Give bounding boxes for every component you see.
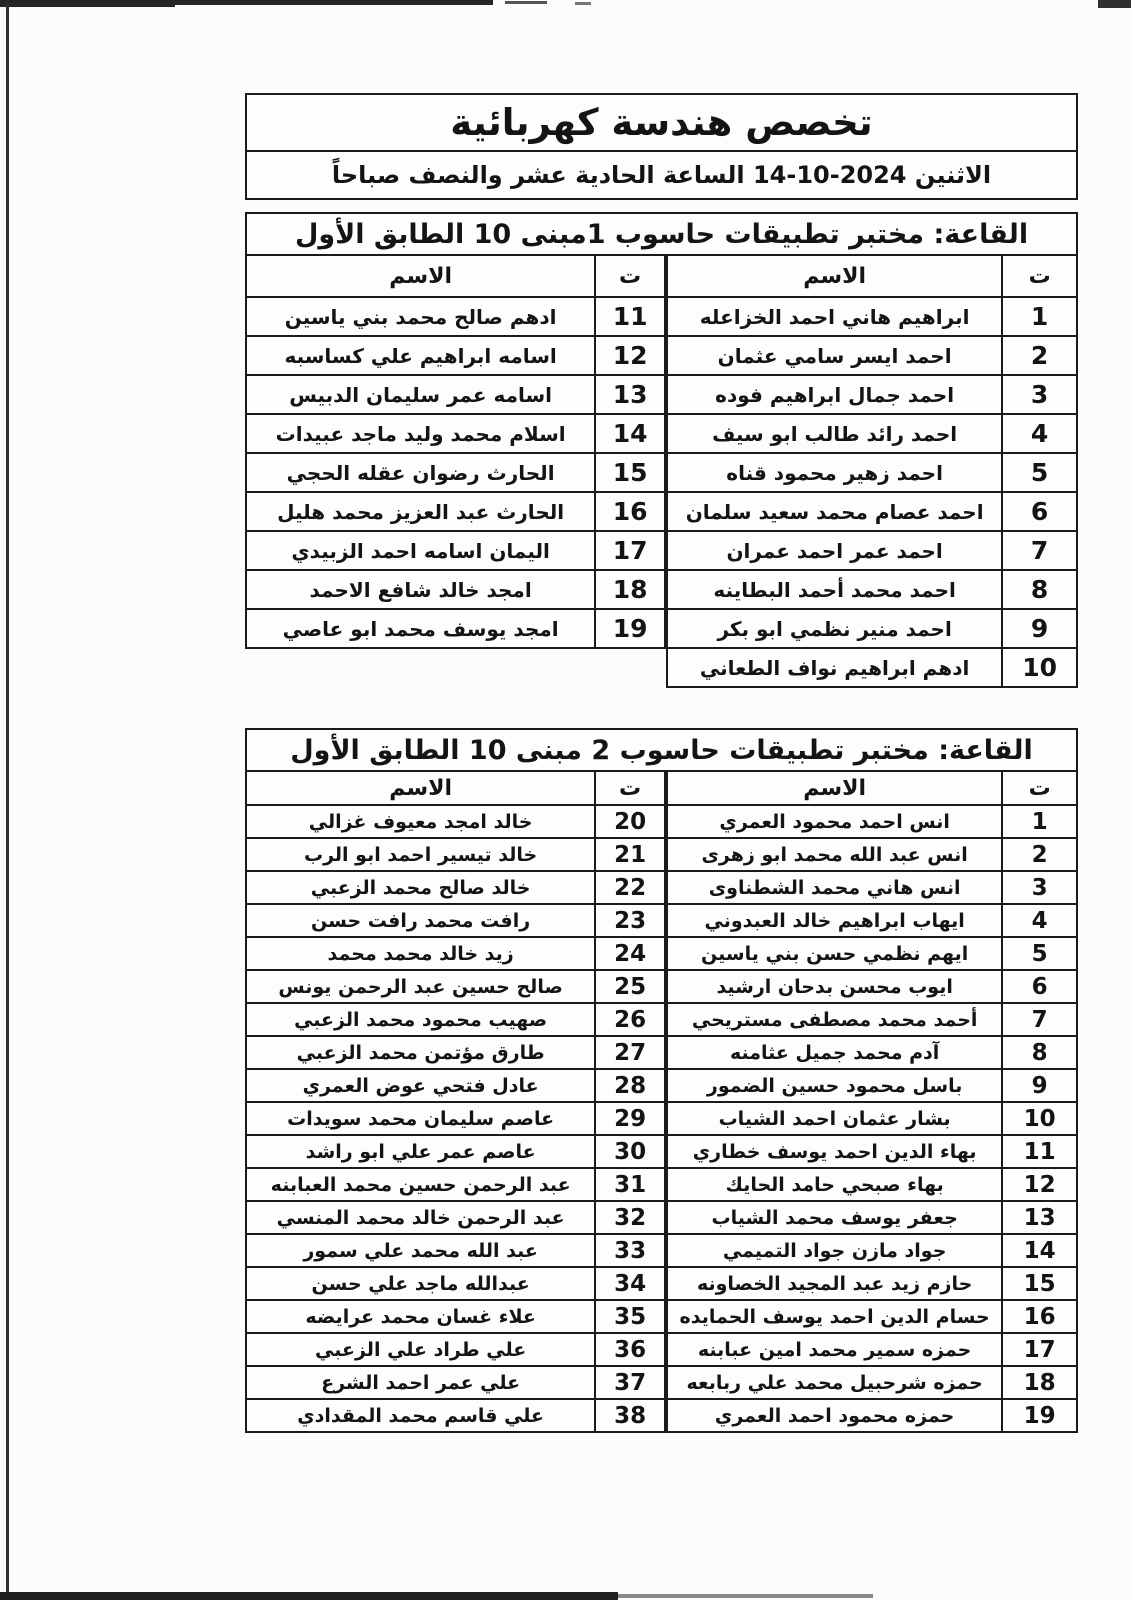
student-number-cell: 31	[595, 1168, 665, 1201]
student-number-cell: 24	[595, 937, 665, 970]
student-name-cell: أحمد محمد مصطفى مستريحي	[667, 1003, 1002, 1036]
student-name-cell: رافت محمد رافت حسن	[246, 904, 595, 937]
student-row: 13 جعفر يوسف محمد الشياب	[667, 1201, 1077, 1234]
header-row: ت الاسم	[667, 255, 1077, 297]
student-number-cell: 17	[595, 531, 665, 570]
column-header-name: الاسم	[246, 771, 595, 805]
student-name-cell: حمزه محمود احمد العمري	[667, 1399, 1002, 1432]
student-name-cell: خالد تيسير احمد ابو الرب	[246, 838, 595, 871]
student-row: 23 رافت محمد رافت حسن	[246, 904, 665, 937]
student-name-cell: بشار عثمان احمد الشياب	[667, 1102, 1002, 1135]
room-section-2: القاعة: مختبر تطبيقات حاسوب 2 مبنى 10 ال…	[245, 728, 1078, 1433]
student-name-cell: اسامه ابراهيم علي كساسبه	[246, 336, 595, 375]
student-name-cell: صهيب محمود محمد الزعبي	[246, 1003, 595, 1036]
scan-edge-bottom	[0, 1592, 618, 1600]
student-number-cell: 23	[595, 904, 665, 937]
student-row: 34 عبدالله ماجد علي حسن	[246, 1267, 665, 1300]
student-row: 17 حمزه سمير محمد امين عبابنه	[667, 1333, 1077, 1366]
student-number-cell: 28	[595, 1069, 665, 1102]
student-number-cell: 4	[1002, 904, 1077, 937]
student-name-cell: علي قاسم محمد المقدادي	[246, 1399, 595, 1432]
student-number-cell: 7	[1002, 1003, 1077, 1036]
student-number-cell: 14	[1002, 1234, 1077, 1267]
student-number-cell: 6	[1002, 970, 1077, 1003]
student-number-cell: 13	[1002, 1201, 1077, 1234]
student-row: 25 صالح حسين عبد الرحمن يونس	[246, 970, 665, 1003]
student-name-cell: احمد جمال ابراهيم فوده	[667, 375, 1002, 414]
student-row: 8 احمد محمد أحمد البطاينه	[667, 570, 1077, 609]
student-row: 8 آدم محمد جميل عثامنه	[667, 1036, 1077, 1069]
student-name-cell: باسل محمود حسين الضمور	[667, 1069, 1002, 1102]
student-name-cell: صالح حسين عبد الرحمن يونس	[246, 970, 595, 1003]
student-name-cell: جواد مازن جواد التميمي	[667, 1234, 1002, 1267]
header-row: ت الاسم	[667, 771, 1077, 805]
student-name-cell: اسلام محمد وليد ماجد عبيدات	[246, 414, 595, 453]
student-number-cell: 16	[595, 492, 665, 531]
student-row: 35 علاء غسان محمد عرايضه	[246, 1300, 665, 1333]
student-row: 11 بهاء الدين احمد يوسف خطاري	[667, 1135, 1077, 1168]
student-number-cell: 1	[1002, 805, 1077, 838]
student-row: 37 علي عمر احمد الشرع	[246, 1366, 665, 1399]
student-name-cell: احمد منير نظمي ابو بكر	[667, 609, 1002, 648]
student-number-cell: 9	[1002, 1069, 1077, 1102]
student-row: 29 عاصم سليمان محمد سويدات	[246, 1102, 665, 1135]
student-name-cell: حمزه شرحبيل محمد علي ربابعه	[667, 1366, 1002, 1399]
student-number-cell: 27	[595, 1036, 665, 1069]
student-number-cell: 37	[595, 1366, 665, 1399]
student-name-cell: ايهاب ابراهيم خالد العبدوني	[667, 904, 1002, 937]
student-name-cell: احمد عمر احمد عمران	[667, 531, 1002, 570]
student-row: 12 بهاء صبحي حامد الحايك	[667, 1168, 1077, 1201]
student-number-cell: 25	[595, 970, 665, 1003]
scan-edge-top	[0, 0, 175, 7]
exam-datetime: الاثنين 2024-10-14 الساعة الحادية عشر وا…	[247, 152, 1076, 198]
column-header-number: ت	[1002, 771, 1077, 805]
student-number-cell: 14	[595, 414, 665, 453]
scan-edge-top-right	[1098, 0, 1131, 8]
exam-header-card: تخصص هندسة كهربائية الاثنين 2024-10-14 ا…	[245, 93, 1078, 200]
room-title: القاعة: مختبر تطبيقات حاسوب 2 مبنى 10 ال…	[245, 728, 1078, 772]
student-row: 31 عبد الرحمن حسين محمد العبابنه	[246, 1168, 665, 1201]
student-name-cell: امجد خالد شافع الاحمد	[246, 570, 595, 609]
roster-tables: ت الاسم 1 انس احمد محمود العمري 2 انس عب…	[245, 772, 1078, 1433]
student-name-cell: جعفر يوسف محمد الشياب	[667, 1201, 1002, 1234]
student-number-cell: 3	[1002, 375, 1077, 414]
student-name-cell: خالد صالح محمد الزعبي	[246, 871, 595, 904]
student-row: 9 باسل محمود حسين الضمور	[667, 1069, 1077, 1102]
student-number-cell: 18	[1002, 1366, 1077, 1399]
column-header-number: ت	[1002, 255, 1077, 297]
student-row: 6 احمد عصام محمد سعيد سلمان	[667, 492, 1077, 531]
room-section-1: القاعة: مختبر تطبيقات حاسوب 1مبنى 10 الط…	[245, 212, 1078, 688]
student-row: 19 امجد يوسف محمد ابو عاصي	[246, 609, 665, 648]
student-name-cell: احمد عصام محمد سعيد سلمان	[667, 492, 1002, 531]
student-name-cell: احمد ايسر سامي عثمان	[667, 336, 1002, 375]
student-number-cell: 33	[595, 1234, 665, 1267]
student-number-cell: 10	[1002, 648, 1077, 687]
student-number-cell: 5	[1002, 453, 1077, 492]
student-name-cell: احمد رائد طالب ابو سيف	[667, 414, 1002, 453]
student-row: 21 خالد تيسير احمد ابو الرب	[246, 838, 665, 871]
student-row: 15 حازم زيد عبد المجيد الخصاونه	[667, 1267, 1077, 1300]
student-number-cell: 6	[1002, 492, 1077, 531]
student-row: 20 خالد امجد معيوف غزالي	[246, 805, 665, 838]
student-number-cell: 9	[1002, 609, 1077, 648]
student-number-cell: 18	[595, 570, 665, 609]
student-number-cell: 22	[595, 871, 665, 904]
student-number-cell: 11	[1002, 1135, 1077, 1168]
student-row: 1 ابراهيم هاني احمد الخزاعله	[667, 297, 1077, 336]
student-name-cell: ادهم صالح محمد بني ياسين	[246, 297, 595, 336]
student-number-cell: 13	[595, 375, 665, 414]
specialization-title: تخصص هندسة كهربائية	[247, 95, 1076, 152]
student-number-cell: 32	[595, 1201, 665, 1234]
student-name-cell: آدم محمد جميل عثامنه	[667, 1036, 1002, 1069]
student-name-cell: ابراهيم هاني احمد الخزاعله	[667, 297, 1002, 336]
column-header-name: الاسم	[246, 255, 595, 297]
student-row: 14 جواد مازن جواد التميمي	[667, 1234, 1077, 1267]
column-header-name: الاسم	[667, 771, 1002, 805]
student-name-cell: احمد زهير محمود قناه	[667, 453, 1002, 492]
document-content: تخصص هندسة كهربائية الاثنين 2024-10-14 ا…	[245, 93, 1078, 1433]
student-number-cell: 2	[1002, 838, 1077, 871]
scan-edge-top	[175, 0, 493, 5]
student-row: 38 علي قاسم محمد المقدادي	[246, 1399, 665, 1432]
student-name-cell: اسامه عمر سليمان الدبيس	[246, 375, 595, 414]
student-name-cell: عبد الرحمن حسين محمد العبابنه	[246, 1168, 595, 1201]
student-row: 2 انس عبد الله محمد ابو زهرى	[667, 838, 1077, 871]
header-row: ت الاسم	[246, 255, 665, 297]
student-number-cell: 12	[1002, 1168, 1077, 1201]
room-title: القاعة: مختبر تطبيقات حاسوب 1مبنى 10 الط…	[245, 212, 1078, 256]
student-row: 16 الحارث عبد العزيز محمد هليل	[246, 492, 665, 531]
student-name-cell: علي طراد علي الزعبي	[246, 1333, 595, 1366]
student-number-cell: 1	[1002, 297, 1077, 336]
student-row: 28 عادل فتحي عوض العمري	[246, 1069, 665, 1102]
student-row: 18 امجد خالد شافع الاحمد	[246, 570, 665, 609]
student-number-cell: 29	[595, 1102, 665, 1135]
student-row: 12 اسامه ابراهيم علي كساسبه	[246, 336, 665, 375]
student-number-cell: 15	[595, 453, 665, 492]
student-name-cell: بهاء الدين احمد يوسف خطاري	[667, 1135, 1002, 1168]
student-row: 9 احمد منير نظمي ابو بكر	[667, 609, 1077, 648]
student-name-cell: عاصم عمر علي ابو راشد	[246, 1135, 595, 1168]
student-name-cell: الحارث عبد العزيز محمد هليل	[246, 492, 595, 531]
student-name-cell: ايهم نظمي حسن بني ياسين	[667, 937, 1002, 970]
student-number-cell: 19	[1002, 1399, 1077, 1432]
student-name-cell: ادهم ابراهيم نواف الطعاني	[667, 648, 1002, 687]
scan-edge-top	[575, 2, 591, 5]
student-row: 10 بشار عثمان احمد الشياب	[667, 1102, 1077, 1135]
student-row: 1 انس احمد محمود العمري	[667, 805, 1077, 838]
student-name-cell: حمزه سمير محمد امين عبابنه	[667, 1333, 1002, 1366]
student-name-cell: عادل فتحي عوض العمري	[246, 1069, 595, 1102]
student-name-cell: علاء غسان محمد عرايضه	[246, 1300, 595, 1333]
student-number-cell: 35	[595, 1300, 665, 1333]
student-row: 4 احمد رائد طالب ابو سيف	[667, 414, 1077, 453]
student-number-cell: 15	[1002, 1267, 1077, 1300]
student-row: 5 ايهم نظمي حسن بني ياسين	[667, 937, 1077, 970]
student-number-cell: 30	[595, 1135, 665, 1168]
student-name-cell: عبدالله ماجد علي حسن	[246, 1267, 595, 1300]
scanned-exam-roster-page: { "header": { "specialization": "تخصص هن…	[0, 0, 1131, 1600]
student-number-cell: 7	[1002, 531, 1077, 570]
student-row: 30 عاصم عمر علي ابو راشد	[246, 1135, 665, 1168]
student-row: 13 اسامه عمر سليمان الدبيس	[246, 375, 665, 414]
student-number-cell: 26	[595, 1003, 665, 1036]
student-row: 19 حمزه محمود احمد العمري	[667, 1399, 1077, 1432]
column-header-name: الاسم	[667, 255, 1002, 297]
student-row: 15 الحارث رضوان عقله الحجي	[246, 453, 665, 492]
scan-edge-bottom	[618, 1594, 873, 1598]
student-name-cell: حسام الدين احمد يوسف الحمايده	[667, 1300, 1002, 1333]
scan-edge-left	[6, 4, 9, 1596]
student-number-cell: 11	[595, 297, 665, 336]
student-number-cell: 16	[1002, 1300, 1077, 1333]
student-number-cell: 17	[1002, 1333, 1077, 1366]
student-row: 3 احمد جمال ابراهيم فوده	[667, 375, 1077, 414]
student-row: 7 أحمد محمد مصطفى مستريحي	[667, 1003, 1077, 1036]
student-row: 36 علي طراد علي الزعبي	[246, 1333, 665, 1366]
student-row: 33 عبد الله محمد علي سمور	[246, 1234, 665, 1267]
student-row: 22 خالد صالح محمد الزعبي	[246, 871, 665, 904]
student-number-cell: 8	[1002, 1036, 1077, 1069]
student-number-cell: 2	[1002, 336, 1077, 375]
student-row: 16 حسام الدين احمد يوسف الحمايده	[667, 1300, 1077, 1333]
student-name-cell: حازم زيد عبد المجيد الخصاونه	[667, 1267, 1002, 1300]
student-row: 17 اليمان اسامه احمد الزبيدي	[246, 531, 665, 570]
student-number-cell: 3	[1002, 871, 1077, 904]
student-number-cell: 4	[1002, 414, 1077, 453]
student-number-cell: 36	[595, 1333, 665, 1366]
student-name-cell: علي عمر احمد الشرع	[246, 1366, 595, 1399]
student-number-cell: 10	[1002, 1102, 1077, 1135]
student-name-cell: زيد خالد محمد محمد	[246, 937, 595, 970]
student-name-cell: امجد يوسف محمد ابو عاصي	[246, 609, 595, 648]
student-name-cell: ايوب محسن بدحان ارشيد	[667, 970, 1002, 1003]
column-header-number: ت	[595, 255, 665, 297]
student-number-cell: 21	[595, 838, 665, 871]
roster-table-left: ت الاسم 20 خالد امجد معيوف غزالي 21 خالد…	[245, 770, 666, 1433]
column-header-number: ت	[595, 771, 665, 805]
student-name-cell: الحارث رضوان عقله الحجي	[246, 453, 595, 492]
roster-tables: ت الاسم 1 ابراهيم هاني احمد الخزاعله 2 ا…	[245, 256, 1078, 688]
student-row: 18 حمزه شرحبيل محمد علي ربابعه	[667, 1366, 1077, 1399]
student-number-cell: 38	[595, 1399, 665, 1432]
student-row: 5 احمد زهير محمود قناه	[667, 453, 1077, 492]
student-number-cell: 12	[595, 336, 665, 375]
student-name-cell: اليمان اسامه احمد الزبيدي	[246, 531, 595, 570]
student-number-cell: 19	[595, 609, 665, 648]
student-number-cell: 20	[595, 805, 665, 838]
student-name-cell: احمد محمد أحمد البطاينه	[667, 570, 1002, 609]
student-row: 6 ايوب محسن بدحان ارشيد	[667, 970, 1077, 1003]
student-number-cell: 5	[1002, 937, 1077, 970]
roster-table-right: ت الاسم 1 ابراهيم هاني احمد الخزاعله 2 ا…	[666, 254, 1078, 688]
student-name-cell: عبد الرحمن خالد محمد المنسي	[246, 1201, 595, 1234]
student-row: 2 احمد ايسر سامي عثمان	[667, 336, 1077, 375]
roster-table-right: ت الاسم 1 انس احمد محمود العمري 2 انس عب…	[666, 770, 1078, 1433]
student-name-cell: عبد الله محمد علي سمور	[246, 1234, 595, 1267]
student-name-cell: بهاء صبحي حامد الحايك	[667, 1168, 1002, 1201]
student-row: 3 انس هاني محمد الشطناوى	[667, 871, 1077, 904]
student-row: 4 ايهاب ابراهيم خالد العبدوني	[667, 904, 1077, 937]
student-name-cell: عاصم سليمان محمد سويدات	[246, 1102, 595, 1135]
student-row: 11 ادهم صالح محمد بني ياسين	[246, 297, 665, 336]
scan-edge-top	[505, 1, 547, 4]
student-name-cell: خالد امجد معيوف غزالي	[246, 805, 595, 838]
student-row: 7 احمد عمر احمد عمران	[667, 531, 1077, 570]
student-number-cell: 34	[595, 1267, 665, 1300]
student-name-cell: انس عبد الله محمد ابو زهرى	[667, 838, 1002, 871]
student-name-cell: انس احمد محمود العمري	[667, 805, 1002, 838]
student-row: 32 عبد الرحمن خالد محمد المنسي	[246, 1201, 665, 1234]
student-row: 27 طارق مؤتمن محمد الزعبي	[246, 1036, 665, 1069]
roster-table-left: ت الاسم 11 ادهم صالح محمد بني ياسين 12 ا…	[245, 254, 666, 649]
student-number-cell: 8	[1002, 570, 1077, 609]
student-name-cell: انس هاني محمد الشطناوى	[667, 871, 1002, 904]
student-name-cell: طارق مؤتمن محمد الزعبي	[246, 1036, 595, 1069]
header-row: ت الاسم	[246, 771, 665, 805]
student-row: 24 زيد خالد محمد محمد	[246, 937, 665, 970]
student-row: 10 ادهم ابراهيم نواف الطعاني	[667, 648, 1077, 687]
student-row: 14 اسلام محمد وليد ماجد عبيدات	[246, 414, 665, 453]
student-row: 26 صهيب محمود محمد الزعبي	[246, 1003, 665, 1036]
